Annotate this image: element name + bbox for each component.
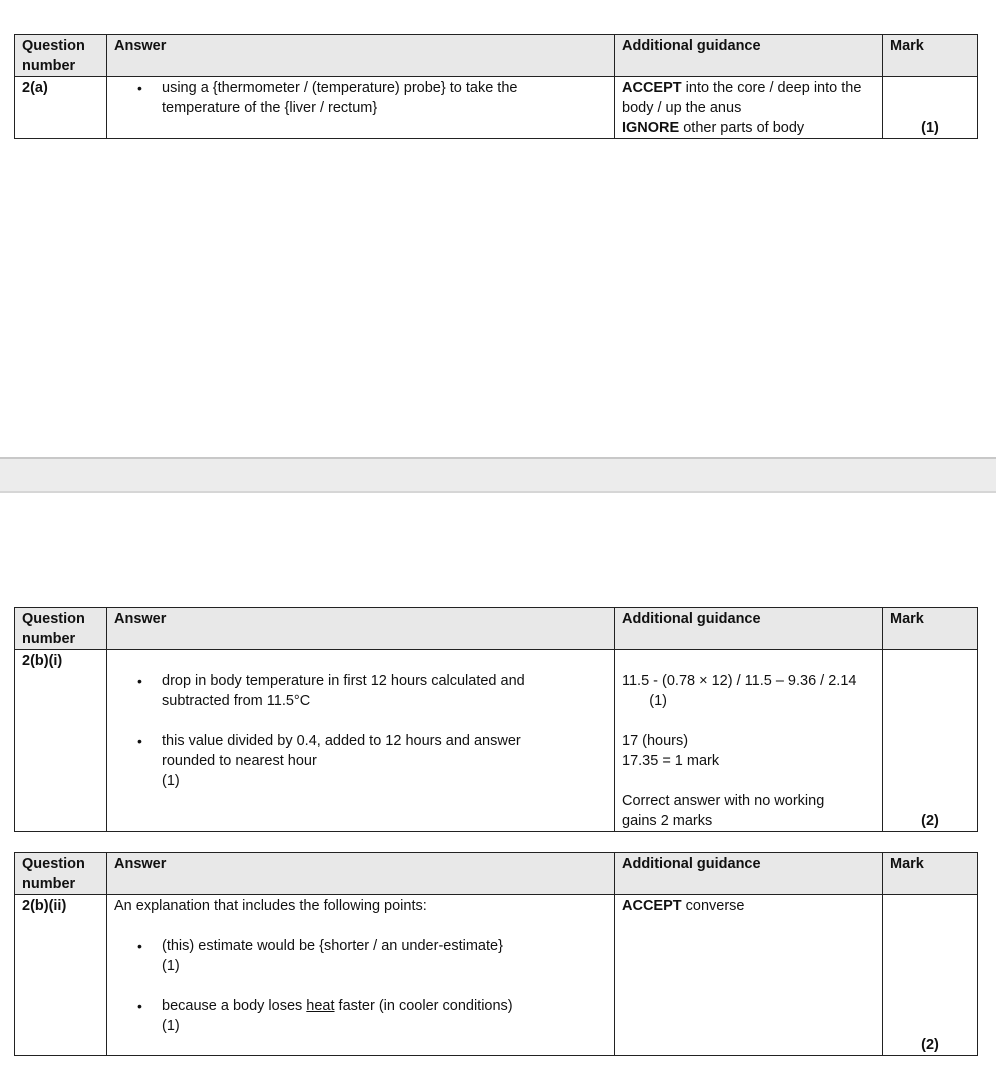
answer-cell: An explanation that includes the followi…: [107, 895, 615, 1056]
header-guidance: Additional guidance: [615, 853, 883, 895]
table-row: 2(b)(i) drop in body temperature in firs…: [15, 650, 978, 832]
table-row: 2(a) using a {thermometer / (temperature…: [15, 77, 978, 139]
question-number: 2(b)(i): [15, 650, 107, 832]
mark-cell: (1): [883, 77, 978, 139]
guidance-partial: 17.35 = 1 mark: [622, 751, 875, 771]
mark-cell: (2): [883, 895, 978, 1056]
answer-intro: An explanation that includes the followi…: [114, 896, 607, 916]
table-header-row: Question number Answer Additional guidan…: [15, 853, 978, 895]
guidance-working: 11.5 - (0.78 × 12) / 11.5 – 9.36 / 2.14: [622, 671, 875, 691]
question-number: 2(b)(ii): [15, 895, 107, 1056]
point-mark: (1): [162, 958, 180, 974]
header-question-number: Question number: [15, 35, 107, 77]
guidance-cell: ACCEPT converse: [615, 895, 883, 1056]
guidance-cell: 11.5 - (0.78 × 12) / 11.5 – 9.36 / 2.14 …: [615, 650, 883, 832]
header-answer: Answer: [107, 608, 615, 650]
guidance-ignore: IGNORE other parts of body: [622, 118, 875, 138]
answer-point: using a {thermometer / (temperature) pro…: [114, 78, 607, 118]
guidance-answer: 17 (hours): [622, 731, 875, 751]
answer-point: because a body loses heat faster (in coo…: [114, 996, 607, 1036]
header-mark: Mark: [883, 35, 978, 77]
point-mark: (1): [649, 691, 667, 711]
header-guidance: Additional guidance: [615, 608, 883, 650]
mark-scheme-table-2bi: Question number Answer Additional guidan…: [14, 607, 978, 832]
underlined-term: heat: [306, 998, 334, 1014]
page-break: [0, 457, 996, 493]
mark-scheme-table-2bii: Question number Answer Additional guidan…: [14, 852, 978, 1056]
answer-point: (this) estimate would be {shorter / an u…: [114, 936, 607, 976]
header-guidance: Additional guidance: [615, 35, 883, 77]
header-answer: Answer: [107, 35, 615, 77]
guidance-note: Correct answer with no working gains 2 m…: [622, 791, 875, 831]
answer-point: this value divided by 0.4, added to 12 h…: [114, 731, 607, 791]
header-mark: Mark: [883, 608, 978, 650]
guidance-cell: ACCEPT into the core / deep into the bod…: [615, 77, 883, 139]
mark-value: (1): [883, 118, 977, 138]
mark-cell: (2): [883, 650, 978, 832]
header-question-number: Question number: [15, 853, 107, 895]
mark-value: (2): [883, 811, 977, 831]
table-row: 2(b)(ii) An explanation that includes th…: [15, 895, 978, 1056]
guidance-accept: ACCEPT converse: [622, 896, 875, 916]
table-header-row: Question number Answer Additional guidan…: [15, 608, 978, 650]
mark-value: (2): [883, 1035, 977, 1055]
question-number: 2(a): [15, 77, 107, 139]
point-mark: (1): [162, 773, 180, 789]
header-mark: Mark: [883, 853, 978, 895]
mark-scheme-table-2a: Question number Answer Additional guidan…: [14, 34, 978, 139]
header-answer: Answer: [107, 853, 615, 895]
answer-cell: using a {thermometer / (temperature) pro…: [107, 77, 615, 139]
point-mark: (1): [162, 1018, 180, 1034]
table-header-row: Question number Answer Additional guidan…: [15, 35, 978, 77]
answer-point: drop in body temperature in first 12 hou…: [114, 671, 607, 711]
answer-cell: drop in body temperature in first 12 hou…: [107, 650, 615, 832]
guidance-accept: ACCEPT into the core / deep into the bod…: [622, 78, 875, 118]
header-question-number: Question number: [15, 608, 107, 650]
